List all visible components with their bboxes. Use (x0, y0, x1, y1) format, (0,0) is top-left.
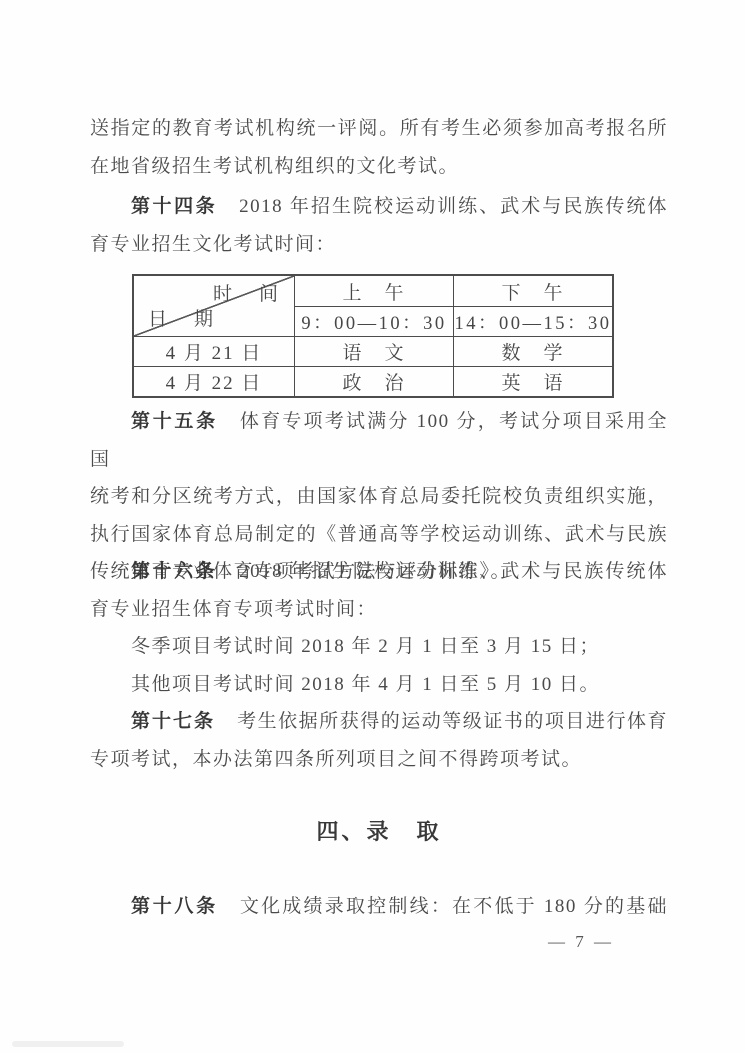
article-text: 考生依据所获得的运动等级证书的项目进行体育 (237, 711, 668, 732)
winter-schedule-line: 冬季项目考试时间 2018 年 2 月 1 日至 3 月 15 日； (90, 628, 668, 666)
table-cell-subject: 政 治 (294, 366, 453, 396)
table-cell-subject: 语 文 (294, 336, 453, 366)
article-number: 第十五条 (131, 411, 218, 432)
article-18: 第十八条文化成绩录取控制线：在不低于 180 分的基础 (90, 888, 668, 926)
article-14: 第十四条2018 年招生院校运动训练、武术与民族传统体 育专业招生文化考试时间： (90, 188, 668, 264)
paragraph-line: 送指定的教育考试机构统一评阅。所有考生必须参加高考报名所 (90, 110, 668, 148)
paragraph-line: 在地省级招生考试机构组织的文化考试。 (90, 148, 668, 186)
table-cell-date: 4 月 21 日 (134, 336, 294, 366)
table-header-morning: 上 午 (294, 276, 453, 306)
page-number: — 7 — (548, 928, 638, 956)
table-header-morning-time: 9：00—10：30 (294, 306, 453, 336)
corner-time-label: 时 间 (213, 279, 282, 306)
table-cell-subject: 英 语 (453, 366, 612, 396)
paragraph-line: 第十七条考生依据所获得的运动等级证书的项目进行体育 (90, 703, 668, 741)
paragraph-line: 第十四条2018 年招生院校运动训练、武术与民族传统体 (90, 188, 668, 226)
paragraph-line: 第十八条文化成绩录取控制线：在不低于 180 分的基础 (90, 888, 668, 926)
table-cell-date: 4 月 22 日 (134, 366, 294, 396)
paragraph-line: 第十五条体育专项考试满分 100 分，考试分项目采用全国 (90, 403, 668, 478)
section-heading: 四、录 取 (90, 813, 668, 851)
paragraph-line: 第十六条2018 年招生院校运动训练、武术与民族传统体 (90, 553, 668, 591)
article-number: 第十四条 (131, 196, 217, 217)
article-text: 2018 年招生院校运动训练、武术与民族传统体 (239, 196, 668, 217)
intro-paragraph: 送指定的教育考试机构统一评阅。所有考生必须参加高考报名所 在地省级招生考试机构组… (90, 110, 668, 186)
article-17: 第十七条考生依据所获得的运动等级证书的项目进行体育 专项考试，本办法第四条所列项… (90, 703, 668, 779)
other-schedule-line: 其他项目考试时间 2018 年 4 月 1 日至 5 月 10 日。 (90, 666, 668, 704)
paragraph-line: 育专业招生文化考试时间： (90, 226, 668, 264)
article-number: 第十八条 (131, 896, 218, 917)
article-16: 第十六条2018 年招生院校运动训练、武术与民族传统体 育专业招生体育专项考试时… (90, 553, 668, 703)
table-cell-subject: 数 学 (453, 336, 612, 366)
corner-date-label: 日 期 (148, 304, 217, 331)
article-text: 文化成绩录取控制线：在不低于 180 分的基础 (240, 896, 668, 917)
table-header-afternoon-time: 14：00—15：30 (453, 306, 612, 336)
document-page: 送指定的教育考试机构统一评阅。所有考生必须参加高考报名所 在地省级招生考试机构组… (0, 0, 745, 1053)
table-header-afternoon: 下 午 (453, 276, 612, 306)
article-number: 第十六条 (131, 561, 217, 582)
article-number: 第十七条 (131, 711, 215, 732)
table-corner-cell: 时 间 日 期 (134, 276, 294, 336)
paragraph-line: 执行国家体育总局制定的《普通高等学校运动训练、武术与民族 (90, 516, 668, 554)
paragraph-line: 育专业招生体育专项考试时间： (90, 591, 668, 629)
exam-schedule-table: 时 间 日 期 上 午 下 午 9：00—10：30 14：00—15：30 4… (132, 274, 614, 398)
scan-artifact-smudge (12, 1041, 124, 1047)
paragraph-line: 专项考试，本办法第四条所列项目之间不得跨项考试。 (90, 741, 668, 779)
paragraph-line: 统考和分区统考方式，由国家体育总局委托院校负责组织实施， (90, 478, 668, 516)
article-text: 2018 年招生院校运动训练、武术与民族传统体 (239, 561, 668, 582)
